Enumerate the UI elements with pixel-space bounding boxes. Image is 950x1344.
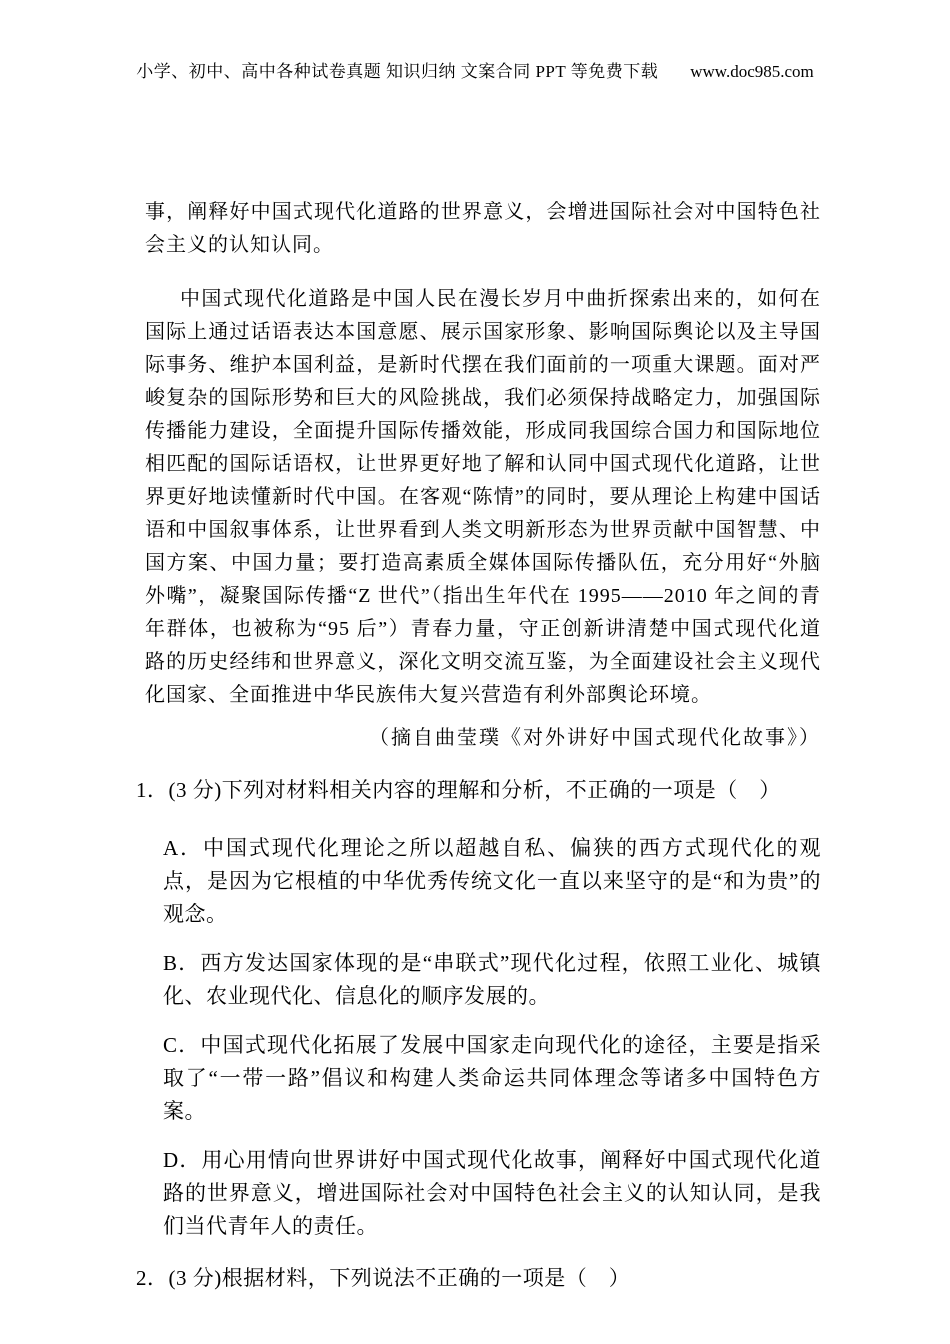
question-1-text: (3 分)下列对材料相关内容的理解和分析，不正确的一项是（ ）: [169, 778, 781, 802]
question-1-option-b: B．西方发达国家体现的是“串联式”现代化过程，依照工业化、城镇化、农业现代化、信…: [163, 947, 821, 1013]
option-a-label: A．: [163, 836, 203, 860]
question-1-option-c: C．中国式现代化拓展了发展中国家走向现代化的途径，主要是指采取了“一带一路”倡议…: [163, 1029, 821, 1128]
option-d-text: 用心用情向世界讲好中国式现代化故事，阐释好中国式现代化道路的世界意义，增进国际社…: [163, 1148, 821, 1238]
question-2-text: (3 分)根据材料，下列说法不正确的一项是（ ）: [169, 1266, 631, 1290]
option-a-text: 中国式现代化理论之所以超越自私、偏狭的西方式现代化的观点，是因为它根植的中华优秀…: [163, 836, 821, 926]
question-2: 2．(3 分)根据材料，下列说法不正确的一项是（ ）: [145, 1262, 821, 1295]
option-b-label: B．: [163, 951, 200, 975]
material-paragraph-main: 中国式现代化道路是中国人民在漫长岁月中曲折探索出来的，如何在国际上通过话语表达本…: [145, 283, 821, 712]
option-b-text: 西方发达国家体现的是“串联式”现代化过程，依照工业化、城镇化、农业现代化、信息化…: [163, 951, 821, 1008]
material-citation: （摘自曲莹璞《对外讲好中国式现代化故事》）: [145, 722, 821, 755]
question-1-number: 1．: [136, 778, 169, 802]
question-1-option-d: D．用心用情向世界讲好中国式现代化故事，阐释好中国式现代化道路的世界意义，增进国…: [163, 1144, 821, 1243]
question-1-option-a: A．中国式现代化理论之所以超越自私、偏狭的西方式现代化的观点，是因为它根植的中华…: [163, 832, 821, 931]
question-1-stem: 1．(3 分)下列对材料相关内容的理解和分析，不正确的一项是（ ）: [136, 774, 821, 807]
option-c-label: C．: [163, 1033, 200, 1057]
header-promo-text: 小学、初中、高中各种试卷真题 知识归纳 文案合同 PPT 等免费下载: [136, 62, 658, 81]
header-site-link[interactable]: www.doc985.com: [690, 62, 814, 81]
option-d-label: D．: [163, 1148, 201, 1172]
document-body: 事，阐释好中国式现代化道路的世界意义，会增进国际社会对中国特色社会主义的认知认同…: [145, 196, 821, 1295]
option-c-text: 中国式现代化拓展了发展中国家走向现代化的途径，主要是指采取了“一带一路”倡议和构…: [163, 1033, 821, 1123]
question-2-number: 2．: [136, 1266, 169, 1290]
page-header: 小学、初中、高中各种试卷真题 知识归纳 文案合同 PPT 等免费下载www.do…: [0, 57, 950, 82]
question-1: 1．(3 分)下列对材料相关内容的理解和分析，不正确的一项是（ ） A．中国式现…: [145, 774, 821, 1243]
material-paragraph-continuation: 事，阐释好中国式现代化道路的世界意义，会增进国际社会对中国特色社会主义的认知认同…: [145, 196, 821, 262]
question-2-stem: 2．(3 分)根据材料，下列说法不正确的一项是（ ）: [136, 1262, 821, 1295]
